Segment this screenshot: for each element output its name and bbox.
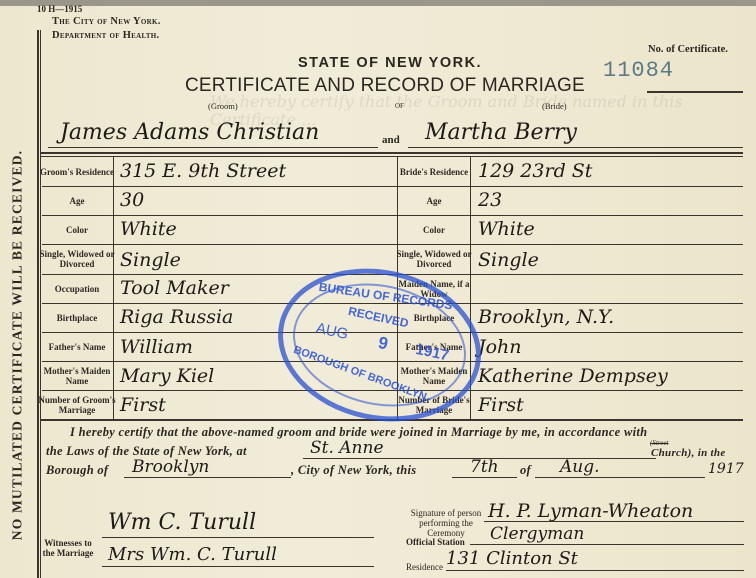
- groom-birthplace-value: Riga Russia: [120, 306, 233, 328]
- bride-label: (Bride): [542, 101, 567, 111]
- borough-value: Brooklyn: [132, 457, 209, 477]
- bride-row-label: Single, Widowed or Divorced: [395, 244, 473, 274]
- of-label: of: [520, 463, 531, 478]
- of-label: OF: [395, 102, 404, 110]
- table-top-rule: [40, 152, 743, 154]
- witnesses-label: Witnesses to the Marriage: [42, 538, 94, 558]
- witness-1-line: [102, 537, 374, 538]
- bride-father-value: John: [478, 336, 522, 358]
- bride-mother-value: Katherine Dempsey: [478, 365, 668, 387]
- state-heading: STATE OF NEW YORK.: [298, 55, 482, 71]
- bride-name-line: [408, 147, 743, 148]
- residence-label: Residence: [406, 562, 443, 572]
- day-line: [452, 477, 517, 478]
- certificate-number-line: [647, 91, 743, 93]
- groom-row-label: Groom's Residence: [38, 157, 116, 186]
- groom-father-value: William: [120, 336, 193, 358]
- groom-row-label: Single, Widowed or Divorced: [38, 244, 116, 274]
- officiant-residence: 131 Clinton St: [446, 548, 578, 569]
- station-line: [470, 544, 744, 545]
- bride-age-value: 23: [478, 189, 502, 211]
- witness-1: Wm C. Turull: [108, 510, 256, 535]
- signature-label: Signature of person performing the Cerem…: [405, 508, 487, 538]
- certification-line-3-prefix: Borough of: [46, 463, 108, 478]
- form-number: 10 H—1915: [37, 4, 82, 14]
- month-line: [535, 477, 705, 478]
- groom-row-label: Age: [38, 186, 116, 215]
- side-notice: NO MUTILATED CERTIFICATE WILL BE RECEIVE…: [2, 120, 32, 570]
- page-title: CERTIFICATE AND RECORD OF MARRIAGE: [185, 75, 585, 97]
- bride-row-label: Age: [395, 186, 473, 215]
- city-this: , City of New York, this: [291, 463, 416, 478]
- and-label: and: [382, 134, 400, 146]
- bride-residence-value: 129 23rd St: [478, 160, 592, 182]
- bride-name: Martha Berry: [425, 120, 577, 145]
- bride-birthplace-value: Brooklyn, N.Y.: [478, 306, 614, 328]
- bride-status-value: Single: [478, 249, 539, 271]
- bride-marriage-number-value: First: [478, 394, 524, 416]
- bride-row-label: Bride's Residence: [395, 157, 473, 186]
- witness-2: Mrs Wm. C. Turull: [108, 544, 277, 565]
- residence-line: [446, 570, 744, 571]
- groom-row-label: Father's Name: [38, 332, 116, 361]
- groom-row-label: Mother's Maiden Name: [38, 361, 116, 390]
- bride-row-label: Color: [395, 215, 473, 244]
- certificate-number-label: No. of Certificate.: [648, 44, 728, 55]
- groom-row-label: Number of Groom's Marriage: [38, 390, 116, 419]
- groom-name: James Adams Christian: [60, 120, 319, 145]
- borough-line: [124, 477, 291, 478]
- groom-row-label: Color: [38, 215, 116, 244]
- signature-line: [484, 521, 744, 522]
- ceremony-month: Aug.: [560, 457, 600, 477]
- church-label: (Street: [650, 440, 668, 447]
- groom-occupation-value: Tool Maker: [120, 277, 229, 299]
- church-in-the: Church), in the: [651, 447, 726, 459]
- groom-name-line: [48, 147, 378, 148]
- groom-row-label: Occupation: [38, 274, 116, 303]
- groom-row-label: Birthplace: [38, 303, 116, 332]
- certificate-number: 11084: [603, 58, 674, 83]
- witness-2-line: [102, 566, 374, 567]
- agency-name: The City of New York. Department of Heal…: [52, 15, 161, 43]
- groom-residence-value: 315 E. 9th Street: [120, 160, 286, 182]
- ceremony-year: 1917: [708, 461, 744, 477]
- ceremony-day: 7th: [470, 457, 499, 477]
- groom-marriage-number-value: First: [120, 394, 166, 416]
- ceremony-place: St. Anne: [310, 438, 384, 458]
- official-station: Clergyman: [490, 524, 584, 544]
- officiant-signature: H. P. Lyman-Wheaton: [488, 500, 693, 522]
- groom-color-value: White: [120, 218, 177, 240]
- groom-mother-value: Mary Kiel: [120, 365, 214, 387]
- bride-color-value: White: [478, 218, 535, 240]
- official-station-label: Official Station: [406, 537, 465, 547]
- groom-label: (Groom): [208, 101, 238, 111]
- table-top-rule-2: [40, 156, 743, 157]
- groom-status-value: Single: [120, 249, 181, 271]
- groom-age-value: 30: [120, 189, 144, 211]
